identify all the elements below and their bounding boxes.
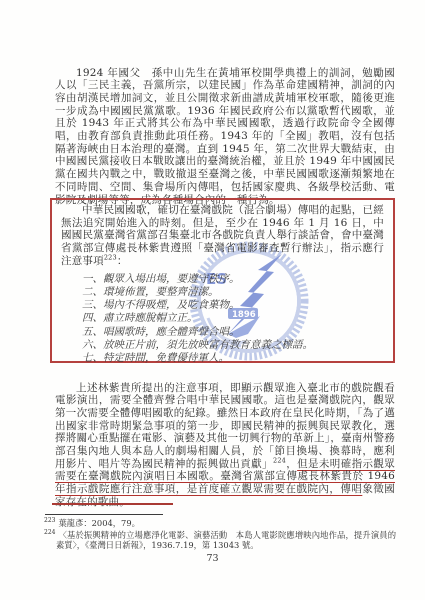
paragraph-analysis: 上述林紫貴所提出的注意事項，即顯示觀眾進入臺北市的戲院觀看電影演出，需要全體齊聲…	[55, 382, 395, 509]
footnotes-section: 223葉龍彥：2004，79。 224〈基於振興精神的立場應淨化電影、演藝活動 …	[44, 518, 396, 552]
paragraph-national-anthem-history: 1924 年國父 孫中山先生在黃埔軍校開學典禮上的訓詞，勉勵國人以「三民主義，吾…	[55, 67, 395, 207]
quote-numbered-list: 一、觀眾入場出場，要遵守秩序。二、環境佈置，要整齊清潔。三、場內不得吸煙，及吃食…	[61, 273, 384, 366]
quote-list-item: 六、放映正片前，須先放映富有教育意義之標語。	[82, 339, 384, 352]
footnote-223: 223葉龍彥：2004，79。	[44, 518, 396, 529]
footnote-224-marker: 224	[44, 529, 55, 536]
quote-intro-paragraph: 中華民國國歌，確切在臺灣戲院（混合劇場）傳唱的起點，已經無法追究開始進入的時刻。…	[61, 204, 384, 268]
text-segment: ：	[117, 255, 128, 267]
quote-list-item: 一、觀眾入場出場，要遵守秩序。	[82, 273, 384, 286]
quote-list-item: 七、特定時間，免費優待軍人。	[82, 352, 384, 365]
footnote-224-text: 〈基於振興精神的立場應淨化電影、演藝活動 本島人電影院應增映內地作品，提升演員的…	[56, 530, 396, 551]
text-segment: ，	[286, 458, 297, 470]
footnote-224: 224〈基於振興精神的立場應淨化電影、演藝活動 本島人電影院應增映內地作品，提升…	[44, 530, 396, 551]
footnote-223-text: 葉龍彥：2004，79。	[58, 518, 139, 528]
footnote-reference: 223	[104, 253, 117, 261]
quote-list-item: 四、肅立時應脫帽立正。	[82, 312, 384, 325]
footnote-separator	[45, 514, 163, 515]
text-segment: 上述林紫貴所提出的注意事項，即顯示觀眾進入臺北市的戲院觀看電影演出，需要全體齊聲…	[55, 382, 395, 470]
document-page: ES 1896 1924 年國父 孫中山先生在黃埔軍校開學典禮上的訓詞，勉勵國人…	[0, 0, 425, 600]
footnote-reference: 224	[273, 456, 286, 464]
quote-list-item: 三、場內不得吸煙，及吃食菓物。	[82, 299, 384, 312]
page-number: 73	[0, 553, 425, 564]
red-annotation-line	[52, 503, 173, 505]
quote-box: 中華民國國歌，確切在臺灣戲院（混合劇場）傳唱的起點，已經無法追究開始進入的時刻。…	[50, 198, 395, 363]
quote-list-item: 二、環境佈置，要整齊清潔。	[82, 286, 384, 299]
footnote-223-marker: 223	[44, 517, 55, 524]
quote-list-item: 五、唱國歌時，應全體齊聲合唱。	[82, 326, 384, 339]
